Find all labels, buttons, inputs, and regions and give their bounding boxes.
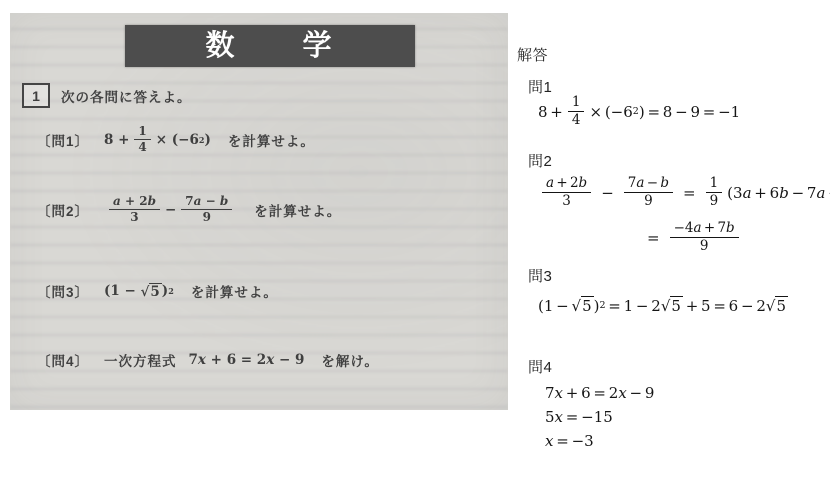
fraction-numerator: 7a − b bbox=[624, 176, 673, 193]
square-root: √5 bbox=[141, 283, 162, 300]
math-text: (3 bbox=[727, 184, 742, 202]
math-text: 7 bbox=[185, 195, 193, 208]
equals-sign: = bbox=[647, 229, 660, 247]
section-prompt: 次の各問に答えよ。 bbox=[61, 86, 192, 106]
radicand: 5 bbox=[149, 283, 161, 300]
fraction-denominator: 4 bbox=[134, 140, 150, 154]
fraction: a + 2b 3 bbox=[542, 176, 591, 209]
question-2: 〔問2〕 a + 2b 3 − 7a − b 9 を計算せよ。 bbox=[37, 195, 341, 225]
exam-title-banner: 数 学 bbox=[125, 25, 415, 67]
math-var: a bbox=[546, 176, 554, 191]
fraction: 1 4 bbox=[568, 95, 585, 128]
question-4-instruction: を解け。 bbox=[321, 350, 378, 370]
fraction-denominator: 3 bbox=[126, 210, 142, 224]
radical-sign-icon: √ bbox=[766, 297, 776, 315]
math-text: × (−6 bbox=[156, 132, 199, 148]
math-text: 5 bbox=[545, 408, 555, 426]
fraction-numerator: a + 2b bbox=[109, 195, 160, 210]
math-text: = 1 − 2 bbox=[606, 297, 661, 315]
fraction-denominator: 4 bbox=[568, 112, 585, 128]
exam-paper-scan: 数 学 1 次の各問に答えよ。 〔問1〕 8 + 1 4 × (−62) を計算… bbox=[10, 13, 508, 410]
question-4-lead: 一次方程式 bbox=[104, 350, 177, 370]
math-var: a bbox=[693, 221, 701, 236]
square-root: √5 bbox=[766, 296, 788, 315]
fraction: 7a − b 9 bbox=[181, 195, 232, 225]
math-text: = −3 bbox=[553, 432, 593, 450]
math-var: x bbox=[555, 384, 563, 402]
math-text: + 7 bbox=[702, 221, 726, 236]
section-number-box: 1 bbox=[22, 83, 50, 108]
fraction: −4a + 7b 9 bbox=[670, 221, 739, 254]
square-root: √5 bbox=[661, 296, 683, 315]
math-text: ) = 8 − 9 = −1 bbox=[639, 103, 740, 121]
fraction: 1 4 bbox=[134, 125, 150, 155]
math-text: − 9 bbox=[274, 352, 304, 368]
radicand: 5 bbox=[670, 296, 683, 315]
radical-sign-icon: √ bbox=[141, 284, 150, 300]
fraction: 1 9 bbox=[706, 176, 723, 209]
math-text: + 6 bbox=[752, 184, 780, 202]
question-3-instruction: を計算せよ。 bbox=[191, 281, 278, 301]
math-text: − 9 bbox=[627, 384, 655, 402]
square-root: √5 bbox=[572, 296, 594, 315]
answer-4-label: 問4 bbox=[528, 356, 552, 377]
math-text: −4 bbox=[674, 221, 694, 236]
math-text: 7 bbox=[545, 384, 555, 402]
math-text: 7 bbox=[189, 352, 198, 368]
math-var: x bbox=[545, 432, 553, 450]
question-3: 〔問3〕 (1 − √5)2 を計算せよ。 bbox=[37, 281, 278, 301]
answer-4-line-2: 5x = −15 bbox=[545, 408, 613, 426]
math-text: 8 + bbox=[538, 103, 563, 121]
answer-4-line-1: 7x + 6 = 2x − 9 bbox=[545, 384, 654, 402]
math-var: x bbox=[555, 408, 563, 426]
question-2-label: 〔問2〕 bbox=[37, 200, 89, 220]
fraction-numerator: −4a + 7b bbox=[670, 221, 739, 238]
fraction-numerator: 7a − b bbox=[181, 195, 232, 210]
fraction-denominator: 9 bbox=[199, 210, 215, 224]
math-text: ) bbox=[205, 132, 211, 148]
math-text: + 5 = 6 − 2 bbox=[683, 297, 766, 315]
math-var: b bbox=[579, 176, 588, 191]
fraction-denominator: 9 bbox=[640, 193, 657, 209]
answer-2-label: 問2 bbox=[528, 150, 552, 171]
question-1-instruction: を計算せよ。 bbox=[228, 130, 315, 150]
math-text: − bbox=[644, 176, 660, 191]
fraction-numerator: a + 2b bbox=[542, 176, 591, 193]
math-var: b bbox=[660, 176, 669, 191]
exam-title: 数 学 bbox=[205, 31, 334, 62]
math-text: − 7 bbox=[789, 184, 817, 202]
math-text: × (−6 bbox=[589, 103, 632, 121]
math-var: b bbox=[726, 221, 735, 236]
math-var: x bbox=[198, 352, 206, 368]
math-text: + bbox=[825, 184, 830, 202]
question-1-label: 〔問1〕 bbox=[37, 130, 89, 150]
fraction-numerator: 1 bbox=[706, 176, 723, 193]
math-var: b bbox=[220, 195, 228, 208]
math-text: + 6 = 2 bbox=[206, 352, 266, 368]
radical-sign-icon: √ bbox=[661, 297, 671, 315]
fraction-numerator: 1 bbox=[568, 95, 585, 112]
fraction: 7a − b 9 bbox=[624, 176, 673, 209]
fraction-denominator: 9 bbox=[706, 193, 723, 209]
math-var: a bbox=[743, 184, 752, 202]
radicand: 5 bbox=[581, 296, 594, 315]
radicand: 5 bbox=[775, 296, 788, 315]
math-var: a bbox=[816, 184, 825, 202]
math-text: (1 − bbox=[104, 283, 141, 299]
answer-1-formula: 8 + 1 4 × (−62) = 8 − 9 = −1 bbox=[538, 95, 740, 128]
math-text: = −15 bbox=[563, 408, 613, 426]
math-var: x bbox=[266, 352, 274, 368]
math-var: a bbox=[636, 176, 644, 191]
math-text: 8 + bbox=[104, 132, 129, 148]
question-4-label: 〔問4〕 bbox=[37, 350, 89, 370]
math-text: (1 − bbox=[538, 297, 572, 315]
fraction-denominator: 9 bbox=[696, 238, 713, 254]
radical-sign-icon: √ bbox=[572, 297, 582, 315]
math-var: a bbox=[113, 195, 121, 208]
section-row: 1 次の各問に答えよ。 bbox=[22, 83, 192, 108]
answer-4-line-3: x = −3 bbox=[545, 432, 594, 450]
fraction-numerator: 1 bbox=[134, 125, 150, 140]
math-var: x bbox=[618, 384, 626, 402]
answer-1-label: 問1 bbox=[528, 76, 552, 97]
math-text: − bbox=[201, 195, 219, 208]
question-1: 〔問1〕 8 + 1 4 × (−62) を計算せよ。 bbox=[37, 125, 315, 155]
math-var: b bbox=[779, 184, 789, 202]
answer-3-label: 問3 bbox=[528, 265, 552, 286]
math-text: + 2 bbox=[121, 195, 148, 208]
answers-header: 解答 bbox=[517, 44, 548, 65]
question-3-label: 〔問3〕 bbox=[37, 281, 89, 301]
answer-2-formula-line-1: a + 2b 3 − 7a − b 9 = 1 9 (3a + 6b − 7a … bbox=[537, 176, 830, 209]
math-text: + 6 = 2 bbox=[563, 384, 618, 402]
question-4: 〔問4〕 一次方程式 7x + 6 = 2x − 9 を解け。 bbox=[37, 350, 379, 370]
answer-3-formula: (1 − √5)2 = 1 − 2√5 + 5 = 6 − 2√5 bbox=[538, 296, 788, 315]
math-text: + 2 bbox=[554, 176, 578, 191]
question-2-instruction: を計算せよ。 bbox=[254, 200, 341, 220]
minus-operator: − bbox=[601, 184, 614, 202]
math-text: 7 bbox=[628, 176, 637, 191]
equals-sign: = bbox=[683, 184, 696, 202]
math-var: b bbox=[148, 195, 156, 208]
minus-operator: − bbox=[165, 202, 176, 218]
superscript: 2 bbox=[168, 287, 174, 295]
fraction-denominator: 3 bbox=[558, 193, 575, 209]
math-var: a bbox=[194, 195, 202, 208]
answer-2-formula-line-2: = −4a + 7b 9 bbox=[642, 221, 744, 254]
fraction: a + 2b 3 bbox=[109, 195, 160, 225]
